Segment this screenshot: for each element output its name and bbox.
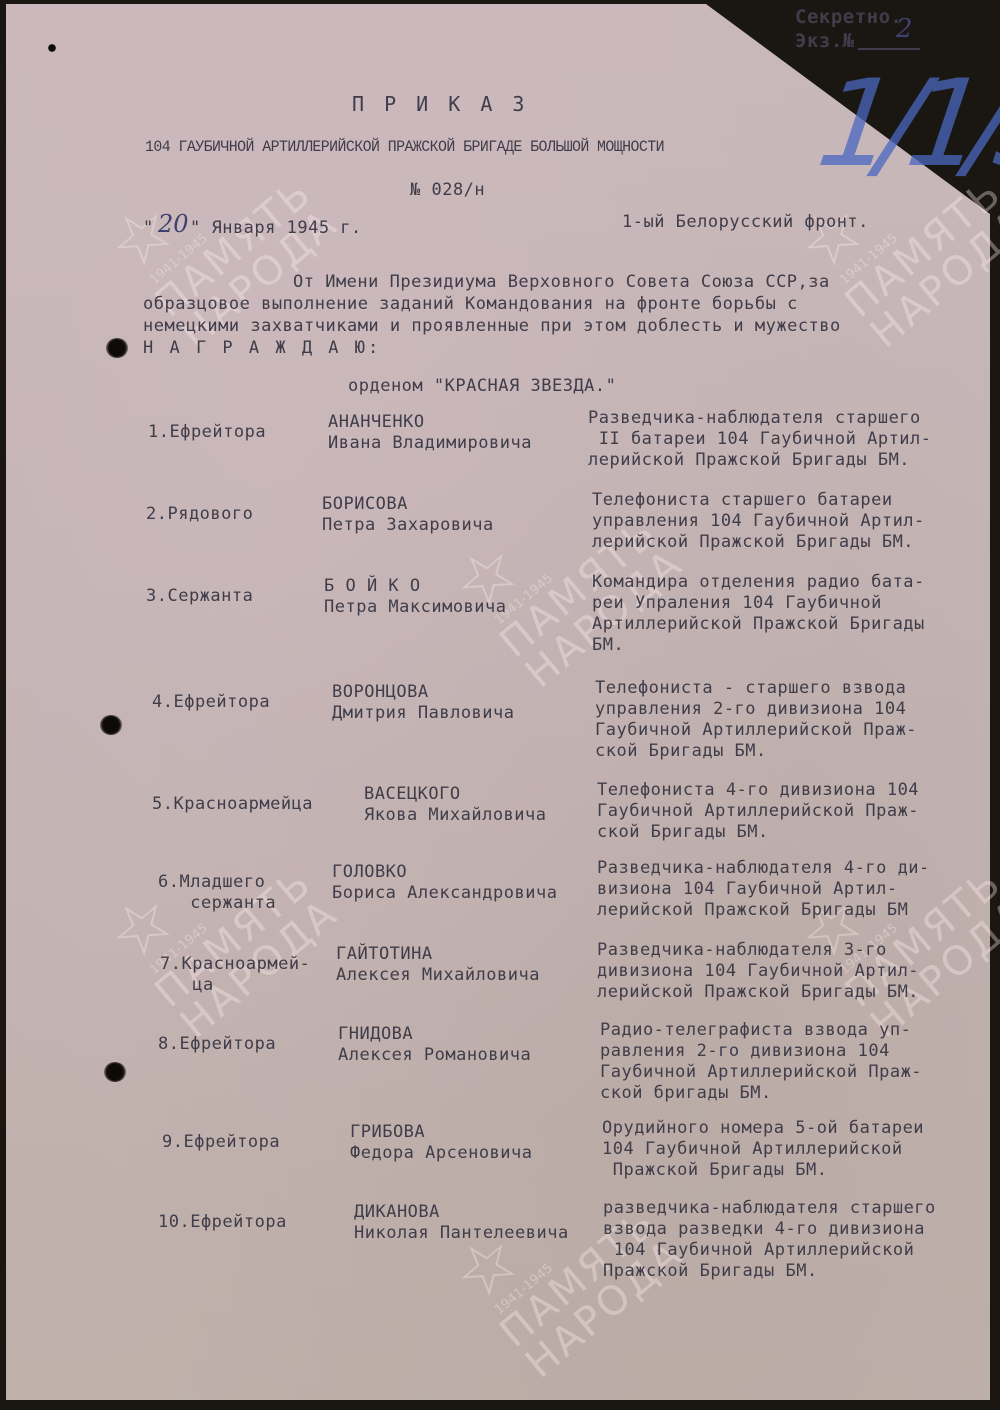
awardee-given-name: Николая Пантелеевича: [354, 1223, 569, 1243]
awardee-surname: ВОРОНЦОВА: [332, 682, 429, 702]
order-name: орденом "КРАСНАЯ ЗВЕЗДА.": [348, 376, 616, 396]
order-number: № 028/н: [410, 180, 485, 200]
awardee-position: Пражской Бригады БМ.: [603, 1261, 818, 1281]
awardee-given-name: Петра Захаровича: [322, 515, 494, 535]
awardee-given-name: Дмитрия Павловича: [332, 703, 515, 723]
order-date-quote: ": [143, 218, 154, 238]
awardee-rank: 9.Ефрейтора: [162, 1132, 280, 1152]
awardee-position: Командира отделения радио бата-: [592, 572, 925, 592]
awardee-surname: ГНИДОВА: [338, 1024, 413, 1044]
awardee-position: разведчика-наблюдателя старшего: [603, 1198, 936, 1218]
awardee-position: БМ.: [592, 635, 624, 655]
awardee-position: ской бригады БМ.: [600, 1083, 772, 1103]
order-date-day: 20: [158, 210, 189, 238]
awardee-given-name: Алексея Михайловича: [336, 965, 540, 985]
awardee-position: ской Бригады БМ.: [597, 822, 769, 842]
awardee-position: лерийской Пражской Бригады БМ.: [588, 450, 910, 470]
awardee-position: II батареи 104 Гаубичной Артил-: [588, 429, 932, 449]
awardee-rank: 8.Ефрейтора: [158, 1034, 276, 1054]
awardee-position: взвода разведки 4-го дивизиона: [603, 1219, 925, 1239]
awardee-rank: 5.Красноармейца: [152, 794, 313, 814]
award-word: Н А Г Р А Ж Д А Ю:: [143, 338, 381, 358]
awardee-given-name: Ивана Владимировича: [328, 433, 532, 453]
awardee-rank: 2.Рядового: [146, 504, 253, 524]
awardee-given-name: Петра Максимовича: [324, 597, 507, 617]
awardee-surname: ДИКАНОВА: [354, 1202, 440, 1222]
awardee-surname: ГАЙТОТИНА: [336, 944, 433, 964]
preamble-line: немецкими захватчиками и проявленные при…: [143, 316, 841, 336]
awardee-given-name: Алексея Романовича: [338, 1045, 531, 1065]
punch-hole: [106, 338, 128, 358]
awardee-position: равления 2-го дивизиона 104: [600, 1041, 890, 1061]
awardee-position: Радио-телеграфиста взвода уп-: [600, 1020, 911, 1040]
awardee-position: Телефониста старшего батареи: [592, 490, 893, 510]
copy-label: Экз.№: [795, 30, 855, 52]
awardee-surname: ГОЛОВКО: [332, 862, 407, 882]
awardee-rank: 3.Сержанта: [146, 586, 253, 606]
order-front: 1-ый Белорусский фронт.: [622, 212, 869, 232]
order-title: П Р И К А З: [352, 92, 528, 116]
awardee-rank: 10.Ефрейтора: [158, 1212, 287, 1232]
awardee-position: Гаубичной Артиллерийской Праж-: [597, 801, 919, 821]
awardee-surname: ГРИБОВА: [350, 1122, 425, 1142]
awardee-position: Орудийного номера 5-ой батареи: [602, 1118, 924, 1138]
awardee-position: 104 Гаубичной Артиллерийской: [603, 1240, 914, 1260]
awardee-position: управления 2-го дивизиона 104: [595, 699, 906, 719]
awardee-position: Гаубичной Артиллерийской Праж-: [600, 1062, 922, 1082]
awardee-surname: Б О Й К О: [324, 576, 421, 596]
preamble-line: образцовое выполнение заданий Командован…: [143, 294, 798, 314]
awardee-rank: 7.Красноармей-: [160, 954, 310, 974]
awardee-position: ской Бригады БМ.: [595, 741, 767, 761]
awardee-rank: 6.Младшего: [158, 872, 265, 892]
awardee-surname: АНАНЧЕНКО: [328, 412, 425, 432]
awardee-given-name: Якова Михайловича: [364, 805, 547, 825]
archive-pencil-mark: 1/1/3: [810, 55, 1000, 194]
punch-hole: [48, 44, 56, 52]
order-date: " Января 1945 г.: [190, 218, 362, 238]
awardee-given-name: Федора Арсеновича: [350, 1143, 533, 1163]
copy-number: 2: [896, 14, 913, 44]
awardee-position: реи Упраления 104 Гаубичной: [592, 593, 882, 613]
awardee-position: Пражской Бригады БМ.: [602, 1160, 827, 1180]
awardee-position: Телефониста 4-го дивизиона 104: [597, 780, 919, 800]
punch-hole: [100, 715, 122, 735]
awardee-rank: 1.Ефрейтора: [148, 422, 266, 442]
awardee-position: 104 Гаубичной Артиллерийской: [602, 1139, 903, 1159]
punch-hole: [104, 1062, 126, 1082]
awardee-position: лерийской Пражской Бригады БМ.: [592, 532, 914, 552]
preamble-line: От Имени Президиума Верховного Совета Со…: [293, 272, 830, 292]
awardee-surname: ВАСЕЦКОГО: [364, 784, 461, 804]
awardee-position: Артиллерийской Пражской Бригады: [592, 614, 925, 634]
awardee-rank: сержанта: [158, 893, 276, 913]
classification-label: Секретно.: [795, 6, 902, 28]
awardee-position: Разведчика-наблюдателя 4-го ди-: [597, 858, 930, 878]
awardee-surname: БОРИСОВА: [322, 494, 408, 514]
awardee-rank: ца: [160, 975, 214, 995]
awardee-position: дивизиона 104 Гаубичной Артил-: [597, 961, 919, 981]
awardee-position: лерийской Пражской Бригады БМ.: [597, 982, 919, 1002]
awardee-position: Телефониста - старшего взвода: [595, 678, 906, 698]
awardee-given-name: Бориса Александровича: [332, 883, 557, 903]
awardee-position: управления 104 Гаубичной Артил-: [592, 511, 925, 531]
awardee-position: Гаубичной Артиллерийской Праж-: [595, 720, 917, 740]
awardee-position: визиона 104 Гаубичной Артил-: [597, 879, 898, 899]
awardee-rank: 4.Ефрейтора: [152, 692, 270, 712]
copy-number-line: [858, 48, 920, 50]
order-unit: 104 ГАУБИЧНОЙ АРТИЛЛЕРИЙСКОЙ ПРАЖСКОЙ БР…: [145, 138, 664, 156]
awardee-position: Разведчика-наблюдателя 3-го: [597, 940, 887, 960]
awardee-position: Разведчика-наблюдателя старшего: [588, 408, 921, 428]
awardee-position: лерийской Пражской Бригады БМ: [597, 900, 908, 920]
